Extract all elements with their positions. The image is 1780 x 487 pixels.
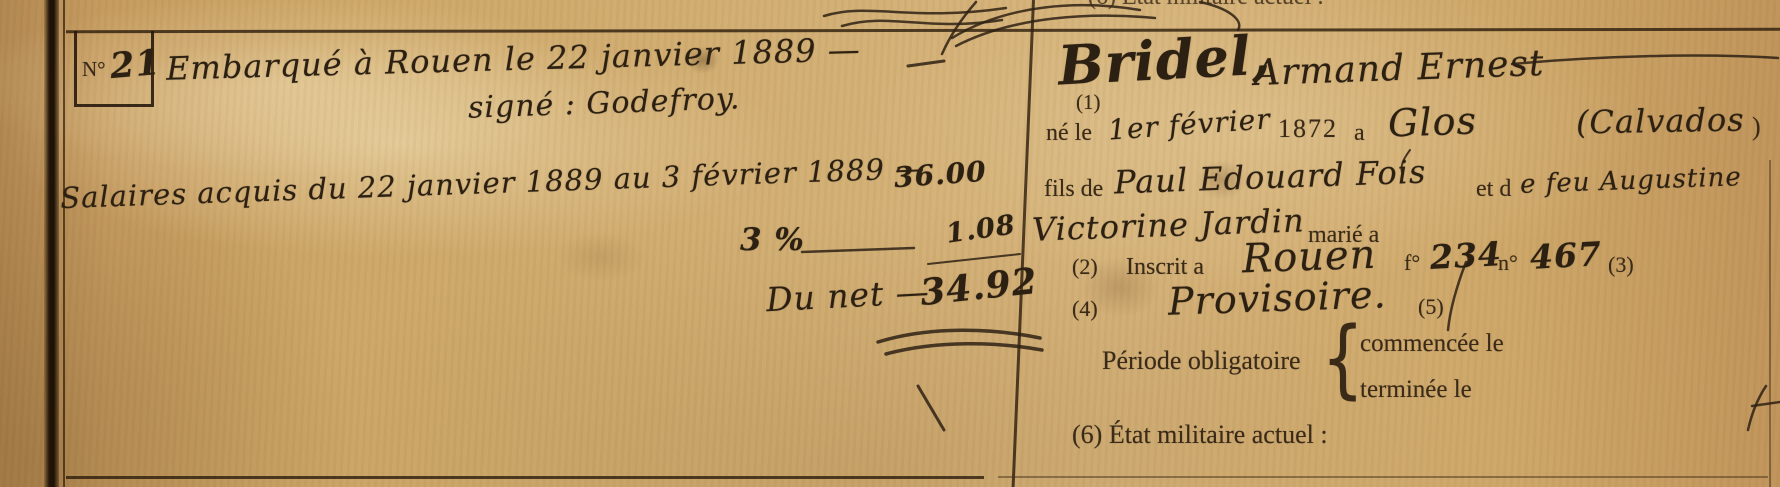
son-of-label: fils de [1044, 176, 1103, 203]
deduction-percent-label: 3 % [740, 222, 805, 258]
mother-name-part1: e feu Augustine [1520, 162, 1743, 200]
salary-amount: 36.00 [893, 155, 988, 194]
surname: Bridel, [1056, 22, 1272, 97]
net-amount: 34.92 [918, 260, 1039, 314]
previous-record-fragment-text: (6) État militaire actuel : [1088, 0, 1324, 11]
birth-day-month: 1er février [1107, 102, 1272, 146]
embarkation-note: Embarqué à Rouen le 22 janvier 1889 — [166, 30, 862, 87]
signature-note: signé : Godefroy. [467, 81, 741, 125]
right-cell: (6) État militaire actuel : Bridel, Arma… [1032, 0, 1772, 487]
and-of-label: et d [1476, 176, 1511, 203]
net-label: Du net — [765, 272, 931, 320]
inscription-number-label: n° [1498, 250, 1518, 276]
period-ended-label: terminée le [1360, 376, 1472, 404]
birth-department: (Calvados [1576, 101, 1745, 142]
left-cell: N° 21 Embarqué à Rouen le 22 janvier 188… [66, 30, 1032, 477]
father-name: Paul Edouard Fois [1113, 153, 1426, 202]
inscription-number-value: 467 [1529, 234, 1603, 277]
salary-accrued-line: Salaires acquis du 22 janvier 1889 au 3 … [60, 151, 926, 215]
register-page-scan: N° 21 Embarqué à Rouen le 22 janvier 188… [0, 0, 1780, 487]
footnote-2: (2) [1072, 254, 1098, 280]
military-state-label: (6) État militaire actuel : [1072, 420, 1328, 450]
footnote-1: (1) [1076, 90, 1101, 115]
obligatory-period-label: Période obligatoire [1102, 346, 1301, 376]
obligatory-period-brace: { [1321, 315, 1364, 401]
folio-value: 234 [1429, 234, 1503, 277]
record-number-label: N° [82, 57, 106, 82]
footnote-4: (4) [1072, 296, 1098, 322]
footnote-5: (5) [1418, 294, 1444, 320]
birth-year: 1872 [1278, 114, 1338, 144]
born-at-label: a [1354, 120, 1365, 147]
birth-department-close-paren: ) [1752, 112, 1761, 142]
born-label: né le [1046, 120, 1092, 147]
footnote-3: (3) [1608, 252, 1634, 278]
period-started-label: commencée le [1360, 330, 1504, 358]
folio-label: f° [1404, 250, 1420, 276]
deduction-amount: 1.08 [944, 209, 1017, 249]
inscribed-at-label: Inscrit a [1126, 254, 1204, 281]
given-names: Armand Ernest [1253, 43, 1545, 94]
previous-record-fragment: (6) État militaire actuel : [1088, 0, 1338, 12]
record-number-value: 21 [108, 42, 162, 87]
birth-place: Glos [1387, 98, 1477, 145]
